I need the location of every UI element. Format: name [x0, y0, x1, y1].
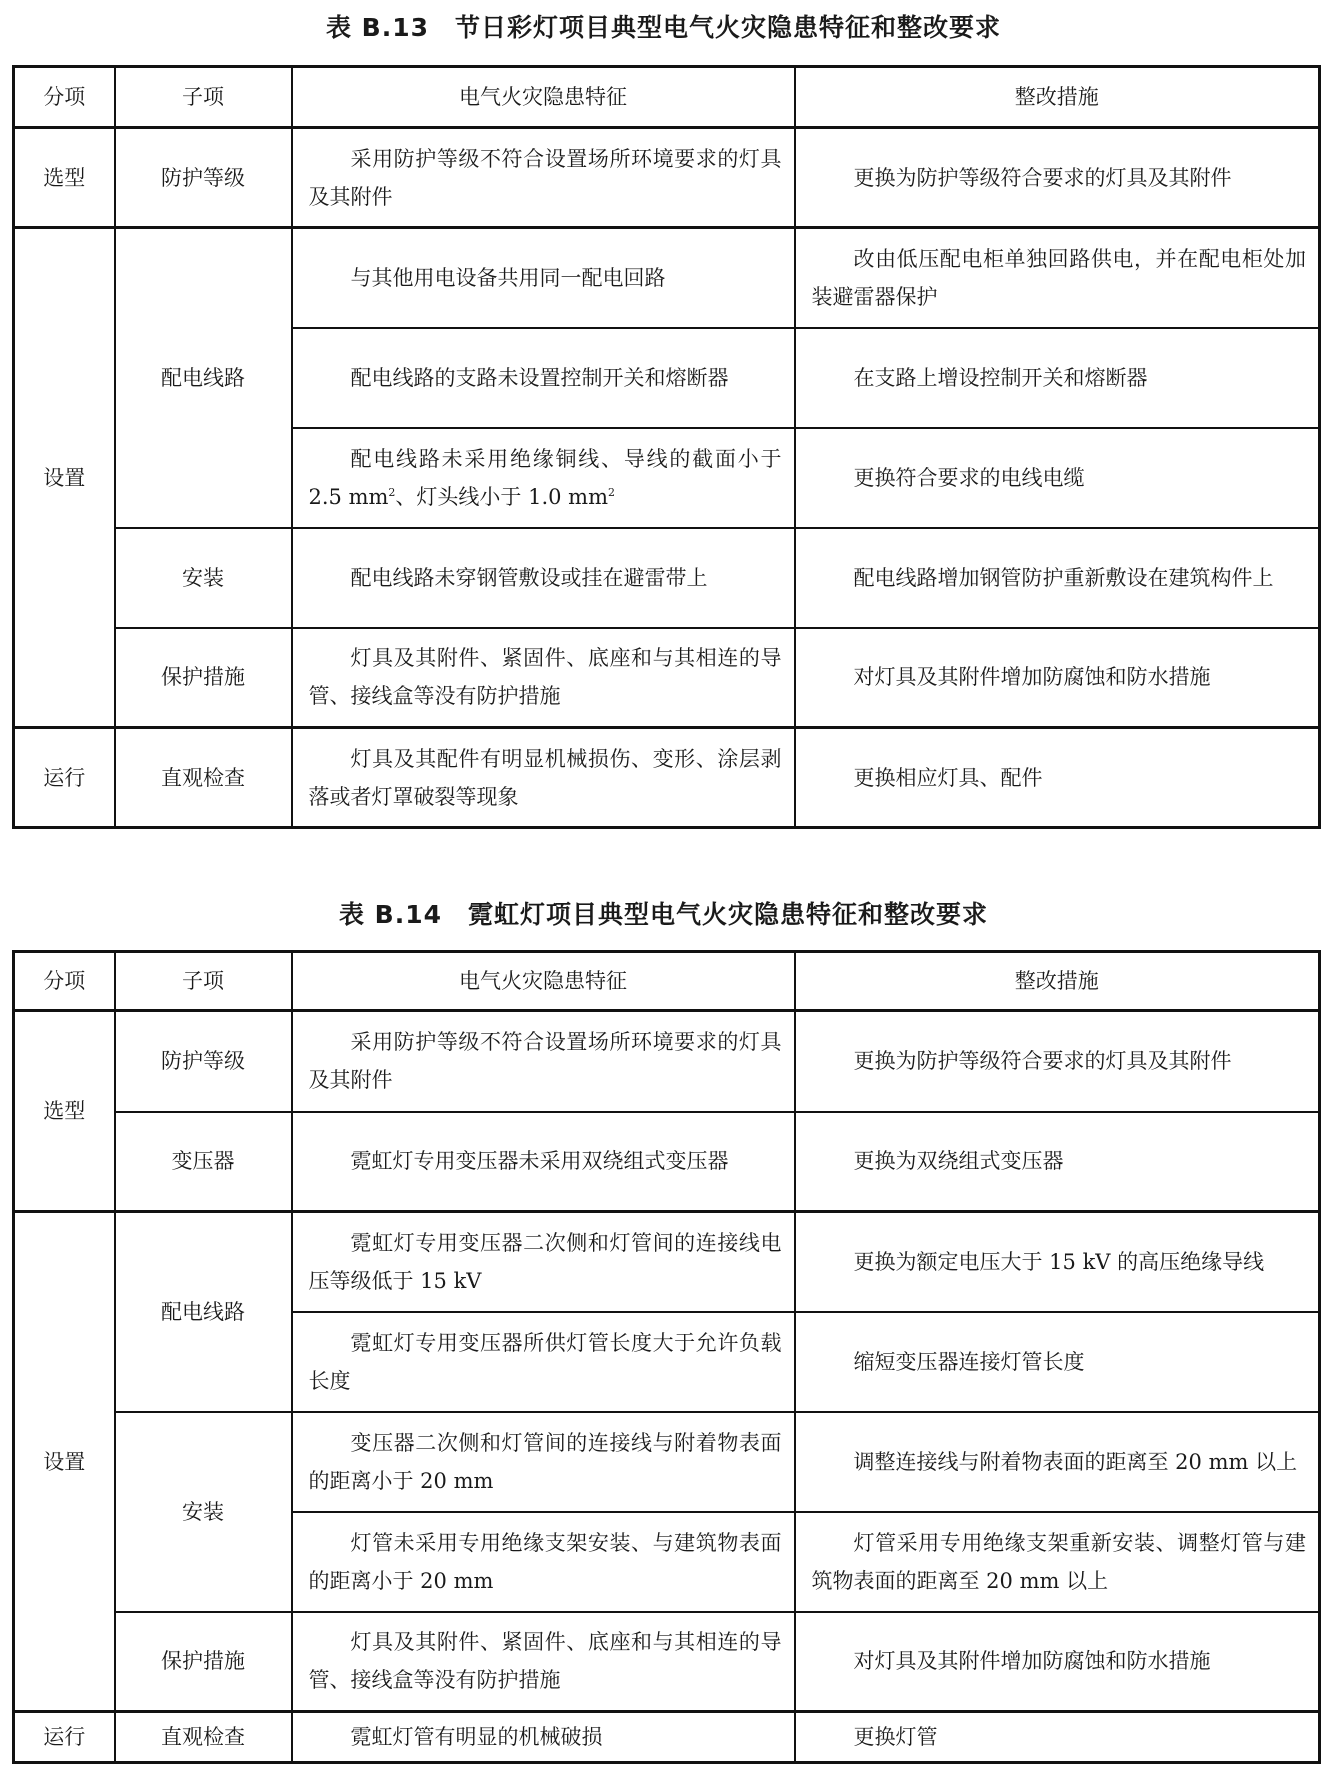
hazard-text: 灯具及其附件、紧固件、底座和与其相连的导管、接线盒等没有防护措施 [309, 639, 782, 715]
table-caption: 霓虹灯项目典型电气火灾隐患特征和整改要求 [468, 900, 988, 929]
table-number: 表 B.13 [326, 13, 429, 42]
hazard-text: 灯具及其附件、紧固件、底座和与其相连的导管、接线盒等没有防护措施 [309, 1623, 782, 1699]
table-b13-title: 表 B.13节日彩灯项目典型电气火灾隐患特征和整改要求 [0, 8, 1327, 44]
table-caption: 节日彩灯项目典型电气火灾隐患特征和整改要求 [455, 13, 1001, 42]
hazard-cell: 霓虹灯专用变压器所供灯管长度大于允许负载长度 [292, 1312, 795, 1412]
measure-cell: 更换为额定电压大于 15 kV 的高压绝缘导线 [795, 1212, 1320, 1312]
hazard-text: 霓虹灯专用变压器二次侧和灯管间的连接线电压等级低于 15 kV [309, 1224, 782, 1300]
header-hazard: 电气火灾隐患特征 [292, 67, 795, 128]
table-b14: 分项 子项 电气火灾隐患特征 整改措施 选型 防护等级 采用防护等级不符合设置场… [12, 950, 1321, 1764]
hazard-cell: 灯管未采用专用绝缘支架安装、与建筑物表面的距离小于 20 mm [292, 1512, 795, 1612]
measure-text: 灯管采用专用绝缘支架重新安装、调整灯管与建筑物表面的距离至 20 mm 以上 [812, 1524, 1307, 1600]
hazard-cell: 配电线路未穿钢管敷设或挂在避雷带上 [292, 528, 795, 628]
header-row: 分项 子项 电气火灾隐患特征 整改措施 [14, 952, 1320, 1011]
measure-text: 更换为双绕组式变压器 [812, 1142, 1307, 1180]
table-row: 安装 变压器二次侧和灯管间的连接线与附着物表面的距离小于 20 mm 调整连接线… [14, 1412, 1320, 1512]
measure-cell: 缩短变压器连接灯管长度 [795, 1312, 1320, 1412]
table-b13: 分项 子项 电气火灾隐患特征 整改措施 选型 防护等级 采用防护等级不符合设置场… [12, 65, 1321, 829]
measure-cell: 在支路上增设控制开关和熔断器 [795, 328, 1320, 428]
measure-cell: 更换为防护等级符合要求的灯具及其附件 [795, 1011, 1320, 1112]
table-row: 保护措施 灯具及其附件、紧固件、底座和与其相连的导管、接线盒等没有防护措施 对灯… [14, 628, 1320, 728]
table-row: 设置 配电线路 霓虹灯专用变压器二次侧和灯管间的连接线电压等级低于 15 kV … [14, 1212, 1320, 1312]
table-row: 选型 防护等级 采用防护等级不符合设置场所环境要求的灯具及其附件 更换为防护等级… [14, 128, 1320, 228]
measure-text: 更换相应灯具、配件 [812, 759, 1307, 797]
subitem-cell: 直观检查 [115, 1712, 292, 1763]
superscript: 2 [608, 486, 615, 499]
hazard-text: 采用防护等级不符合设置场所环境要求的灯具及其附件 [309, 140, 782, 216]
hazard-text: 灯管未采用专用绝缘支架安装、与建筑物表面的距离小于 20 mm [309, 1524, 782, 1600]
hazard-text: 灯具及其配件有明显机械损伤、变形、涂层剥落或者灯罩破裂等现象 [309, 740, 782, 816]
measure-cell: 更换相应灯具、配件 [795, 728, 1320, 828]
category-cell: 运行 [14, 1712, 115, 1763]
hazard-cell: 霓虹灯管有明显的机械破损 [292, 1712, 795, 1763]
header-measure: 整改措施 [795, 67, 1320, 128]
subitem-cell: 配电线路 [115, 1212, 292, 1412]
measure-text: 改由低压配电柜单独回路供电，并在配电柜处加装避雷器保护 [812, 240, 1307, 316]
measure-cell: 灯管采用专用绝缘支架重新安装、调整灯管与建筑物表面的距离至 20 mm 以上 [795, 1512, 1320, 1612]
measure-cell: 调整连接线与附着物表面的距离至 20 mm 以上 [795, 1412, 1320, 1512]
subitem-cell: 配电线路 [115, 228, 292, 528]
hazard-text: 霓虹灯管有明显的机械破损 [309, 1718, 782, 1756]
header-category: 分项 [14, 952, 115, 1011]
table-row: 设置 配电线路 与其他用电设备共用同一配电回路 改由低压配电柜单独回路供电，并在… [14, 228, 1320, 328]
table-row: 变压器 霓虹灯专用变压器未采用双绕组式变压器 更换为双绕组式变压器 [14, 1112, 1320, 1212]
hazard-cell: 霓虹灯专用变压器二次侧和灯管间的连接线电压等级低于 15 kV [292, 1212, 795, 1312]
header-category: 分项 [14, 67, 115, 128]
hazard-cell: 与其他用电设备共用同一配电回路 [292, 228, 795, 328]
hazard-text: 与其他用电设备共用同一配电回路 [309, 259, 782, 297]
measure-cell: 改由低压配电柜单独回路供电，并在配电柜处加装避雷器保护 [795, 228, 1320, 328]
header-hazard: 电气火灾隐患特征 [292, 952, 795, 1011]
measure-cell: 配电线路增加钢管防护重新敷设在建筑构件上 [795, 528, 1320, 628]
category-cell: 选型 [14, 128, 115, 228]
measure-text: 缩短变压器连接灯管长度 [812, 1343, 1307, 1381]
measure-cell: 更换为防护等级符合要求的灯具及其附件 [795, 128, 1320, 228]
hazard-cell: 配电线路的支路未设置控制开关和熔断器 [292, 328, 795, 428]
measure-text: 更换灯管 [812, 1718, 1307, 1756]
table-row: 运行 直观检查 灯具及其配件有明显机械损伤、变形、涂层剥落或者灯罩破裂等现象 更… [14, 728, 1320, 828]
table-row: 安装 配电线路未穿钢管敷设或挂在避雷带上 配电线路增加钢管防护重新敷设在建筑构件… [14, 528, 1320, 628]
category-cell: 设置 [14, 1212, 115, 1712]
subitem-cell: 安装 [115, 1412, 292, 1612]
hazard-cell: 配电线路未采用绝缘铜线、导线的截面小于 2.5 mm2、灯头线小于 1.0 mm… [292, 428, 795, 528]
header-subitem: 子项 [115, 67, 292, 128]
table-row: 选型 防护等级 采用防护等级不符合设置场所环境要求的灯具及其附件 更换为防护等级… [14, 1011, 1320, 1112]
hazard-cell: 采用防护等级不符合设置场所环境要求的灯具及其附件 [292, 128, 795, 228]
hazard-cell: 霓虹灯专用变压器未采用双绕组式变压器 [292, 1112, 795, 1212]
subitem-cell: 防护等级 [115, 128, 292, 228]
hazard-cell: 采用防护等级不符合设置场所环境要求的灯具及其附件 [292, 1011, 795, 1112]
measure-text: 更换为额定电压大于 15 kV 的高压绝缘导线 [812, 1243, 1307, 1281]
measure-text: 更换符合要求的电线电缆 [812, 459, 1307, 497]
category-cell: 设置 [14, 228, 115, 728]
header-measure: 整改措施 [795, 952, 1320, 1011]
subitem-cell: 变压器 [115, 1112, 292, 1212]
hazard-text: 配电线路未穿钢管敷设或挂在避雷带上 [309, 559, 782, 597]
measure-text: 调整连接线与附着物表面的距离至 20 mm 以上 [812, 1443, 1307, 1481]
hazard-cell: 灯具及其附件、紧固件、底座和与其相连的导管、接线盒等没有防护措施 [292, 1612, 795, 1712]
measure-text: 配电线路增加钢管防护重新敷设在建筑构件上 [812, 559, 1307, 597]
subitem-cell: 保护措施 [115, 628, 292, 728]
measure-text: 对灯具及其附件增加防腐蚀和防水措施 [812, 1642, 1307, 1680]
table-b14-title: 表 B.14霓虹灯项目典型电气火灾隐患特征和整改要求 [0, 895, 1327, 931]
header-subitem: 子项 [115, 952, 292, 1011]
measure-text: 更换为防护等级符合要求的灯具及其附件 [812, 1042, 1307, 1080]
hazard-text-part: 、灯头线小于 1.0 mm [395, 485, 608, 509]
hazard-cell: 变压器二次侧和灯管间的连接线与附着物表面的距离小于 20 mm [292, 1412, 795, 1512]
hazard-cell: 灯具及其配件有明显机械损伤、变形、涂层剥落或者灯罩破裂等现象 [292, 728, 795, 828]
table-row: 保护措施 灯具及其附件、紧固件、底座和与其相连的导管、接线盒等没有防护措施 对灯… [14, 1612, 1320, 1712]
category-cell: 选型 [14, 1011, 115, 1212]
subitem-cell: 防护等级 [115, 1011, 292, 1112]
subitem-cell: 安装 [115, 528, 292, 628]
measure-cell: 对灯具及其附件增加防腐蚀和防水措施 [795, 1612, 1320, 1712]
hazard-text: 变压器二次侧和灯管间的连接线与附着物表面的距离小于 20 mm [309, 1424, 782, 1500]
header-row: 分项 子项 电气火灾隐患特征 整改措施 [14, 67, 1320, 128]
category-cell: 运行 [14, 728, 115, 828]
hazard-text: 配电线路的支路未设置控制开关和熔断器 [309, 359, 782, 397]
subitem-cell: 直观检查 [115, 728, 292, 828]
measure-text: 对灯具及其附件增加防腐蚀和防水措施 [812, 658, 1307, 696]
table-number: 表 B.14 [339, 900, 442, 929]
subitem-cell: 保护措施 [115, 1612, 292, 1712]
table-row: 运行 直观检查 霓虹灯管有明显的机械破损 更换灯管 [14, 1712, 1320, 1763]
measure-cell: 更换符合要求的电线电缆 [795, 428, 1320, 528]
measure-text: 在支路上增设控制开关和熔断器 [812, 359, 1307, 397]
hazard-cell: 灯具及其附件、紧固件、底座和与其相连的导管、接线盒等没有防护措施 [292, 628, 795, 728]
hazard-text: 采用防护等级不符合设置场所环境要求的灯具及其附件 [309, 1023, 782, 1099]
measure-cell: 更换灯管 [795, 1712, 1320, 1763]
measure-cell: 更换为双绕组式变压器 [795, 1112, 1320, 1212]
hazard-text: 霓虹灯专用变压器未采用双绕组式变压器 [309, 1142, 782, 1180]
hazard-text: 配电线路未采用绝缘铜线、导线的截面小于 2.5 mm2、灯头线小于 1.0 mm… [309, 440, 782, 516]
measure-text: 更换为防护等级符合要求的灯具及其附件 [812, 159, 1307, 197]
measure-cell: 对灯具及其附件增加防腐蚀和防水措施 [795, 628, 1320, 728]
hazard-text: 霓虹灯专用变压器所供灯管长度大于允许负载长度 [309, 1324, 782, 1400]
